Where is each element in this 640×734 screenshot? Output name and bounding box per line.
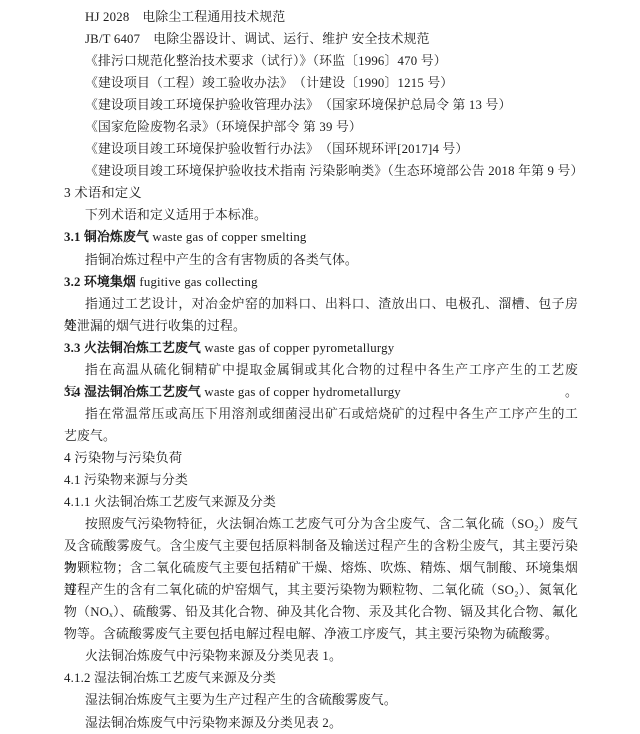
text-segment: 4.1.1 火法铜冶炼工艺废气来源及分类 (64, 495, 276, 509)
text-line: 过程产生的含有二氧化硫的炉窑烟气，其主要污染物为颗粒物、二氧化硫（SO₂）、氮氧… (64, 579, 578, 601)
clause-3-1-title: 3.1 铜冶炼废气 waste gas of copper smelting (64, 226, 578, 248)
text-segment: 下列术语和定义适用于本标准。 (85, 208, 267, 222)
text-segment: 《建设项目（工程）竣工验收办法》 （计建设〔1990〕1215 号） (85, 76, 453, 90)
text-segment: 3.3 火法铜冶炼工艺废气 (64, 341, 204, 355)
text-segment: 3 术语和定义 (64, 185, 142, 200)
text-line: 湿法铜冶炼废气主要为生产过程产生的含硫酸雾废气。 (64, 689, 578, 711)
text-line: 按照废气污染物特征，火法铜冶炼工艺废气可分为含尘废气、含二氧化硫（SO₂）废气 (64, 513, 578, 535)
clause-3-2-title: 3.2 环境集烟 fugitive gas collecting (64, 271, 578, 293)
text-segment: waste gas of copper hydrometallurgy (204, 385, 401, 399)
text-line: 火法铜冶炼废气中污染物来源及分类见表 1。 (64, 645, 578, 667)
text-segment: 《建设项目竣工环境保护验收暂行办法》 （国环规环评[2017]4 号） (85, 142, 468, 156)
clause-4-1-1-title: 4.1.1 火法铜冶炼工艺废气来源及分类 (64, 491, 578, 513)
text-segment: 湿法铜冶炼废气主要为生产过程产生的含硫酸雾废气。 (85, 693, 397, 707)
text-line: 《建设项目竣工环境保护验收管理办法》 （国家环境保护总局令 第 13 号） (64, 94, 578, 116)
section-4-heading: 4 污染物与污染负荷 (64, 447, 578, 469)
text-segment: 《国家危险废物名录》（环境保护部令 第 39 号） (85, 120, 362, 134)
text-segment: HJ 2028 电除尘工程通用技术规范 (85, 10, 285, 24)
text-segment: fugitive gas collecting (139, 275, 257, 289)
text-line: 物等。含硫酸雾废气主要包括电解过程电解、净液工序废气，其主要污染物为硫酸雾。 (64, 623, 578, 645)
text-segment: 3.4 湿法铜冶炼工艺废气 (64, 385, 204, 399)
text-line: 指通过工艺设计，对冶金炉窑的加料口、出料口、渣放出口、电极孔、溜槽、包子房等 (64, 293, 578, 315)
text-line: 处泄漏的烟气进行收集的过程。 (64, 315, 578, 337)
text-segment: 火法铜冶炼废气中污染物来源及分类见表 1。 (85, 649, 342, 663)
text-segment: 指在常温常压或高压下用溶剂或细菌浸出矿石或焙烧矿的过程中各生产工序产生的工 (85, 407, 578, 421)
document-page: HJ 2028 电除尘工程通用技术规范JB/T 6407 电除尘器设计、调试、运… (0, 0, 640, 734)
text-segment: 过程产生的含有二氧化硫的炉窑烟气，其主要污染物为颗粒物、二氧化硫（SO₂）、氮氧… (64, 583, 578, 597)
text-segment: 湿法铜冶炼废气中污染物来源及分类见表 2。 (85, 716, 342, 730)
text-segment: 4.1 污染物来源与分类 (64, 473, 188, 487)
text-segment: 物等。含硫酸雾废气主要包括电解过程电解、净液工序废气，其主要污染物为硫酸雾。 (64, 627, 558, 641)
text-line: 物（NOₓ）、硫酸雾、铅及其化合物、砷及其化合物、汞及其化合物、镉及其化合物、氟… (64, 601, 578, 623)
text-line: HJ 2028 电除尘工程通用技术规范 (64, 6, 578, 28)
text-line: 《建设项目竣工环境保护验收技术指南 污染影响类》（生态环境部公告 2018 年第… (64, 160, 578, 182)
text-segment: 《排污口规范化整治技术要求（试行）》（环监〔1996〕470 号） (85, 54, 447, 68)
text-line: 艺废气。 (64, 425, 578, 447)
text-line: 及含硫酸雾废气。含尘废气主要包括原料制备及输送过程产生的含粉尘废气，其主要污染物 (64, 535, 578, 557)
text-segment: 指铜冶炼过程中产生的含有害物质的各类气体。 (85, 253, 358, 267)
text-segment: 处泄漏的烟气进行收集的过程。 (64, 319, 246, 333)
text-line: 《排污口规范化整治技术要求（试行）》（环监〔1996〕470 号） (64, 50, 578, 72)
text-segment: JB/T 6407 电除尘器设计、调试、运行、维护 安全技术规范 (85, 32, 430, 46)
text-line: 下列术语和定义适用于本标准。 (64, 204, 578, 226)
text-line: 指在高温从硫化铜精矿中提取金属铜或其化合物的过程中各生产工序产生的工艺废气。 (64, 359, 578, 381)
clause-4-1-title: 4.1 污染物来源与分类 (64, 469, 578, 491)
text-segment: 3.2 环境集烟 (64, 275, 139, 289)
section-3-heading: 3 术语和定义 (64, 182, 578, 204)
text-line: 湿法铜冶炼废气中污染物来源及分类见表 2。 (64, 712, 578, 734)
text-line: 《国家危险废物名录》（环境保护部令 第 39 号） (64, 116, 578, 138)
text-segment: 4.1.2 湿法铜冶炼工艺废气来源及分类 (64, 671, 276, 685)
text-line: 为颗粒物；含二氧化硫废气主要包括精矿干燥、熔炼、吹炼、精炼、烟气制酸、环境集烟等 (64, 557, 578, 579)
text-segment: 艺废气。 (64, 429, 116, 443)
clause-3-3-title: 3.3 火法铜冶炼工艺废气 waste gas of copper pyrome… (64, 337, 578, 359)
text-segment: 《建设项目竣工环境保护验收管理办法》 （国家环境保护总局令 第 13 号） (85, 98, 512, 112)
text-segment: 《建设项目竣工环境保护验收技术指南 污染影响类》（生态环境部公告 2018 年第… (85, 164, 583, 178)
text-line: 《建设项目（工程）竣工验收办法》 （计建设〔1990〕1215 号） (64, 72, 578, 94)
text-line: 指在常温常压或高压下用溶剂或细菌浸出矿石或焙烧矿的过程中各生产工序产生的工 (64, 403, 578, 425)
text-line: 《建设项目竣工环境保护验收暂行办法》 （国环规环评[2017]4 号） (64, 138, 578, 160)
text-segment: waste gas of copper pyrometallurgy (204, 341, 394, 355)
text-segment: 按照废气污染物特征，火法铜冶炼工艺废气可分为含尘废气、含二氧化硫（SO₂）废气 (85, 517, 578, 531)
text-segment: 物（NOₓ）、硫酸雾、铅及其化合物、砷及其化合物、汞及其化合物、镉及其化合物、氟… (64, 605, 578, 619)
text-line: JB/T 6407 电除尘器设计、调试、运行、维护 安全技术规范 (64, 28, 578, 50)
text-segment: 4 污染物与污染负荷 (64, 450, 182, 465)
text-segment: 3.1 铜冶炼废气 (64, 230, 152, 244)
text-segment: waste gas of copper smelting (152, 230, 306, 244)
text-line: 指铜冶炼过程中产生的含有害物质的各类气体。 (64, 249, 578, 271)
clause-4-1-2-title: 4.1.2 湿法铜冶炼工艺废气来源及分类 (64, 667, 578, 689)
